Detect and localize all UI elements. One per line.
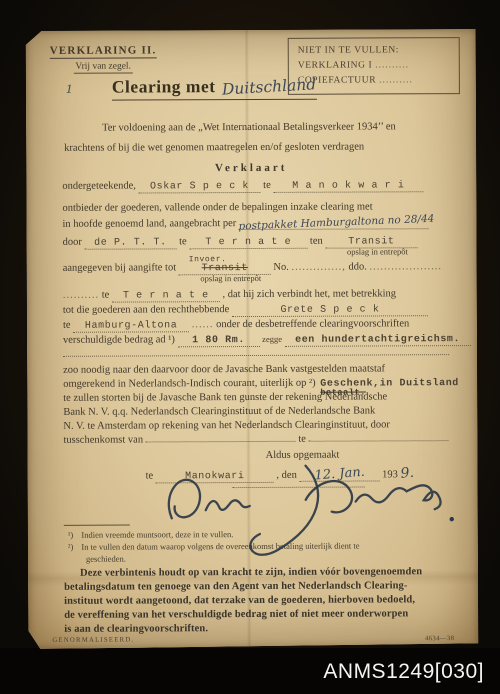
fill-in-dots: .............., <box>291 262 345 273</box>
fill-in-dots: .......... <box>375 60 409 70</box>
line-hamburg: te Hamburg-Altona ...... onder de desbet… <box>63 318 451 333</box>
para2-line-1: zoo noodig naar den daarvoor door de Jav… <box>63 363 451 376</box>
text-clearing: onder de desbetreffende clearingvoorschr… <box>216 318 409 330</box>
label-tusschenkomst: tusschenkomst van <box>63 434 143 445</box>
label-rechthebbende: tot die goederen aan den rechthebbende <box>63 304 230 316</box>
catalog-number-label: ANMS1249[030] <box>323 660 484 684</box>
document-paper: VERKLARING II. Vrij van zegel. 1 NIET IN… <box>26 29 479 649</box>
typed-beneficiary: Grete S p e c k <box>280 304 379 315</box>
stamp-exempt-note: Vrij van zegel. <box>73 62 133 74</box>
line-ontbieder: ontbieder der goederen, vallende onder d… <box>62 201 450 214</box>
field-tusschenkomst <box>146 441 296 443</box>
field-aangebracht: postpakket Hamburgaltona no 28/44 <box>239 217 429 230</box>
label-te: te <box>102 290 110 301</box>
intro-line-1: Ter voldoening aan de „Wet Internationaa… <box>102 121 450 134</box>
line-undersigned: ondergeteekende, Oskar S p e c k te M a … <box>62 179 450 194</box>
fill-in-dots: ...... <box>192 319 214 330</box>
label-aangifte: aangegeven bij aangifte tot <box>63 262 176 273</box>
typed-carrier: de P. T. T. <box>94 237 167 248</box>
box-row-copiefactuur: COPIEFACTUUR .......... <box>298 75 450 86</box>
typed-ternate: T e r n a t e <box>205 237 291 248</box>
text-verbindt: , dat hij zich verbindt het, met betrekk… <box>222 288 396 300</box>
final-para-line-3: instituut wordt aangetoond, dat terzake … <box>64 594 452 607</box>
field-aangifte: Invoer. Transit opslag in entrepôt <box>179 262 271 275</box>
typed-hamburg-altona: Hamburg-Altona <box>85 320 177 331</box>
label-bedrag: verschuldigde bedrag ad ¹) <box>63 334 175 345</box>
form-number-heading: VERKLARING II. <box>50 44 157 58</box>
field-place: M a n o k w a r i <box>273 179 423 193</box>
field-te3: T e r n a t e <box>112 289 220 302</box>
footnote-rule <box>64 525 130 526</box>
fill-in-dots: .................... <box>369 261 442 272</box>
typed-ternate: T e r n a t e <box>123 290 209 301</box>
field-zegge: een hundertachtigreichsm. <box>285 333 471 347</box>
box-row-label: VERKLARING I <box>298 60 373 70</box>
para2-line-6: tusschenkomst van te <box>63 433 451 446</box>
section-divider <box>63 353 449 357</box>
verklaart-heading: Verklaart <box>26 161 476 175</box>
typed-invoer: Invoer. <box>189 254 227 265</box>
label-door: door <box>63 237 82 248</box>
label-zegge: zegge <box>262 334 282 344</box>
label-aangebracht: in hoofde genoemd land, aangebracht per <box>62 218 236 230</box>
print-order-number: 4634—38 <box>425 635 454 642</box>
label-ten: ten <box>310 236 323 247</box>
field-door: de P. T. T. <box>84 236 176 249</box>
label-te: te <box>263 180 271 191</box>
final-para-line-4: de vereffening van het verschuldigde bed… <box>64 608 452 621</box>
printed-opslag-entrepot: opslag in entrepôt <box>325 246 429 257</box>
para2-line-5: N. V. te Amsterdam op rekening van het N… <box>63 419 451 432</box>
fill-in-dots: .......... <box>63 290 99 301</box>
field-name: Oskar S p e c k <box>138 180 260 194</box>
signature-handwriting <box>156 457 463 576</box>
field-te4: Hamburg-Altona <box>73 319 189 333</box>
final-para-line-2: betalingsdatum ten genoege van den Agent… <box>64 580 452 593</box>
line-rechthebbende: tot die goederen aan den rechthebbende G… <box>63 303 451 318</box>
para2-line-3: te zullen storten bij de Javasche Bank t… <box>63 391 451 404</box>
field-ten: Transit opslag in entrepôt <box>325 235 417 248</box>
signature-stroke-speck <box>306 481 441 513</box>
label-te: te <box>298 434 306 445</box>
field-rechthebbende: Grete S p e c k <box>232 303 428 317</box>
typed-name: Oskar S p e c k <box>150 181 249 192</box>
label-te: te <box>146 470 154 481</box>
typed-overlay-geschenk: Geschenk,in Duitsland betaalt. <box>320 377 459 390</box>
handwritten-shipment: postpakket Hamburgaltona no 28/44 <box>239 214 435 233</box>
line-te-ternate: .......... te T e r n a t e , dat hij zi… <box>63 288 451 303</box>
title-printed: Clearing met <box>112 76 216 96</box>
genormaliseerd-imprint: GENORMALISEERD. <box>52 637 134 644</box>
document-title: Clearing met Duitschland <box>112 76 317 101</box>
signature-period <box>450 517 454 521</box>
final-para-line-5: is aan de clearingvoorschriften. <box>64 622 452 635</box>
box-row-verklaring-1: VERKLARING I .......... <box>298 60 450 71</box>
para2-line-2-text: omgerekend in Nederlandsch-Indisch coura… <box>63 378 315 390</box>
typed-amount: 1 80 Rm. <box>192 335 245 346</box>
line-door: door de P. T. T. te T e r n a t e ten Tr… <box>63 235 451 250</box>
signature-stroke-skar <box>206 500 250 510</box>
box-title: NIET IN TE VULLEN: <box>298 45 450 56</box>
field-te2: T e r n a t e <box>189 236 307 250</box>
line-bedrag: verschuldigde bedrag ad ¹) 1 80 Rm. zegg… <box>63 333 451 348</box>
typed-place: M a n o k w a r i <box>292 180 404 191</box>
line-aangifte: aangegeven bij aangifte tot Invoer. Tran… <box>63 261 451 276</box>
field-tusschenkomst-te <box>309 440 449 442</box>
label-no: No. <box>273 262 289 273</box>
typed-amount-words: een hundertachtigreichsm. <box>295 334 460 346</box>
field-bedrag: 1 80 Rm. <box>178 334 260 347</box>
signature-stroke-o <box>169 480 200 519</box>
signature-flourish-loop <box>250 466 318 555</box>
label-te: te <box>179 236 187 247</box>
para2-line-2: omgerekend in Nederlandsch-Indisch coura… <box>63 377 451 391</box>
label-undersigned: ondergeteekende, <box>62 181 136 192</box>
para2-line-4: Bank N. V. q.q. Nederlandsch Clearingins… <box>63 405 451 418</box>
label-ddo: ddo. <box>348 261 366 272</box>
footnote-marker-2: ²) <box>68 542 73 552</box>
handwritten-mark: 1 <box>66 83 73 96</box>
label-te: te <box>63 320 71 331</box>
printed-opslag-entrepot: opslag in entrepôt <box>179 273 283 284</box>
title-handwritten-country: Duitschland <box>222 75 317 98</box>
line-aangebracht: in hoofde genoemd land, aangebracht per … <box>62 217 450 231</box>
footnote-marker-1: ¹) <box>68 530 73 540</box>
fill-in-dots: .......... <box>379 75 413 85</box>
intro-line-2: krachtens of bij die wet genomen maatreg… <box>64 141 450 154</box>
header-left: VERKLARING II. Vrij van zegel. <box>50 44 157 73</box>
